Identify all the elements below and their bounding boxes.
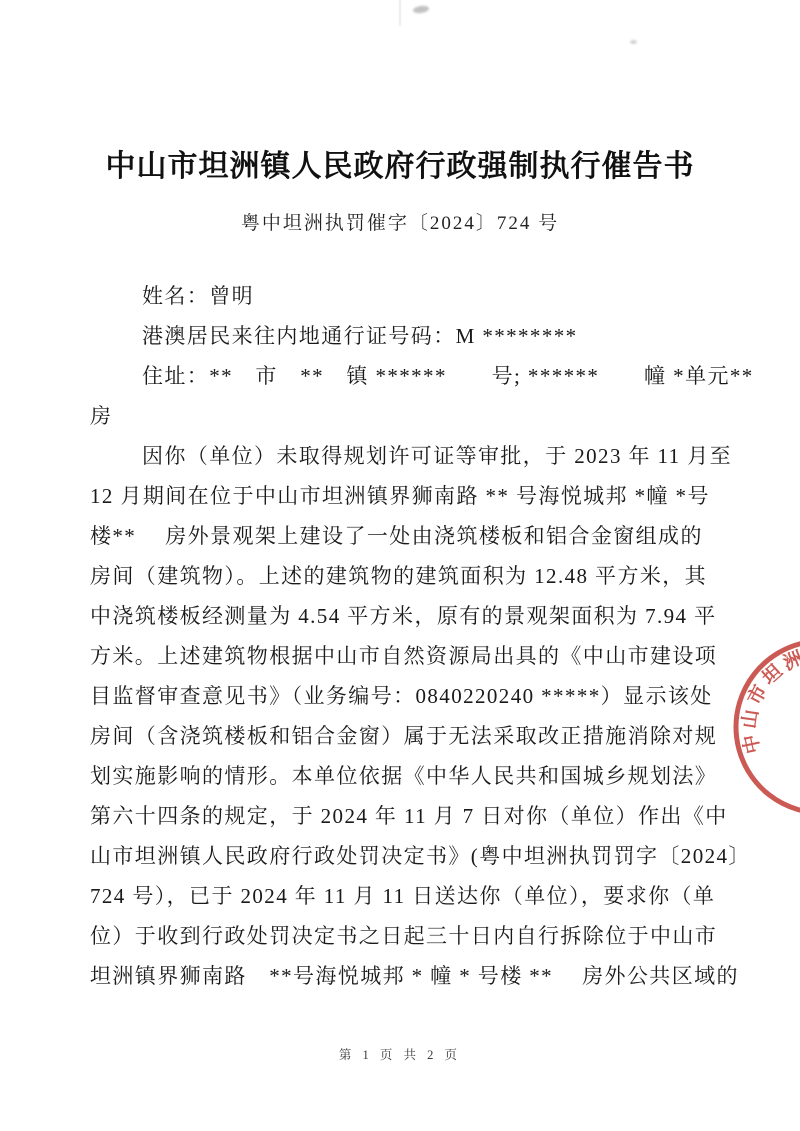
document-page: 中山市坦洲镇人民政府行政强制执行催告书 粤中坦洲执罚催字〔2024〕724 号 … xyxy=(0,0,800,1131)
body-line: 房间（建筑物）。上述的建筑物的建筑面积为 12.48 平方米，其 xyxy=(90,556,715,596)
scan-smudge xyxy=(413,5,430,14)
body-line: 划实施影响的情形。本单位依据《中华人民共和国城乡规划法》 xyxy=(90,756,715,796)
body-line: 山市坦洲镇人民政府行政处罚决定书》(粤中坦洲执罚罚字〔2024〕 xyxy=(90,836,715,876)
body-line: 方米。上述建筑物根据中山市自然资源局出具的《中山市建设项 xyxy=(90,636,715,676)
body-line: 楼** 房外景观架上建设了一处由浇筑楼板和铝合金窗组成的 xyxy=(90,516,715,556)
star-icon xyxy=(789,694,800,757)
body-line: 12 月期间在位于中山市坦洲镇界狮南路 ** 号海悦城邦 *幢 *号 xyxy=(90,476,715,516)
document-title: 中山市坦洲镇人民政府行政强制执行催告书 xyxy=(0,141,800,185)
body-line: 坦洲镇界狮南路 **号海悦城邦 * 幢 * 号楼 ** 房外公共区域的 xyxy=(90,956,715,996)
body-line: 目监督审查意见书》（业务编号：0840220240 *****）显示该处 xyxy=(90,676,715,716)
body-line: 住址：** 市 ** 镇 ****** 号; ****** 幢 *单元** xyxy=(90,356,715,396)
document-number: 粤中坦洲执罚催字〔2024〕724 号 xyxy=(0,208,800,235)
body-line: 姓名：曾明 xyxy=(90,276,715,316)
document-body: 姓名：曾明港澳居民来往内地通行证号码：M ********住址：** 市 ** … xyxy=(90,276,715,996)
body-line: 第六十四条的规定，于 2024 年 11 月 7 日对你（单位）作出《中 xyxy=(90,796,715,836)
body-line: 中浇筑楼板经测量为 4.54 平方米，原有的景观架面积为 7.94 平 xyxy=(90,596,715,636)
body-line: 港澳居民来往内地通行证号码：M ******** xyxy=(90,316,715,356)
official-seal: 中山市坦洲镇 综合行政执法 4420899001 xyxy=(702,607,800,847)
seal-arc-text: 中山市坦洲镇 xyxy=(711,618,800,765)
body-line: 位）于收到行政处罚决定书之日起三十日内自行拆除位于中山市 xyxy=(90,916,715,956)
body-line: 房间（含浇筑楼板和铝合金窗）属于无法采取改正措施消除对规 xyxy=(90,716,715,756)
body-line: 724 号），已于 2024 年 11 月 11 日送达你（单位），要求你（单 xyxy=(90,876,715,916)
scan-fold-line xyxy=(399,0,401,26)
scan-smudge xyxy=(630,40,637,44)
page-number: 第 1 页 共 2 页 xyxy=(0,1045,800,1063)
body-line: 因你（单位）未取得规划许可证等审批，于 2023 年 11 月至 xyxy=(90,436,715,476)
body-line: 房 xyxy=(90,396,715,436)
